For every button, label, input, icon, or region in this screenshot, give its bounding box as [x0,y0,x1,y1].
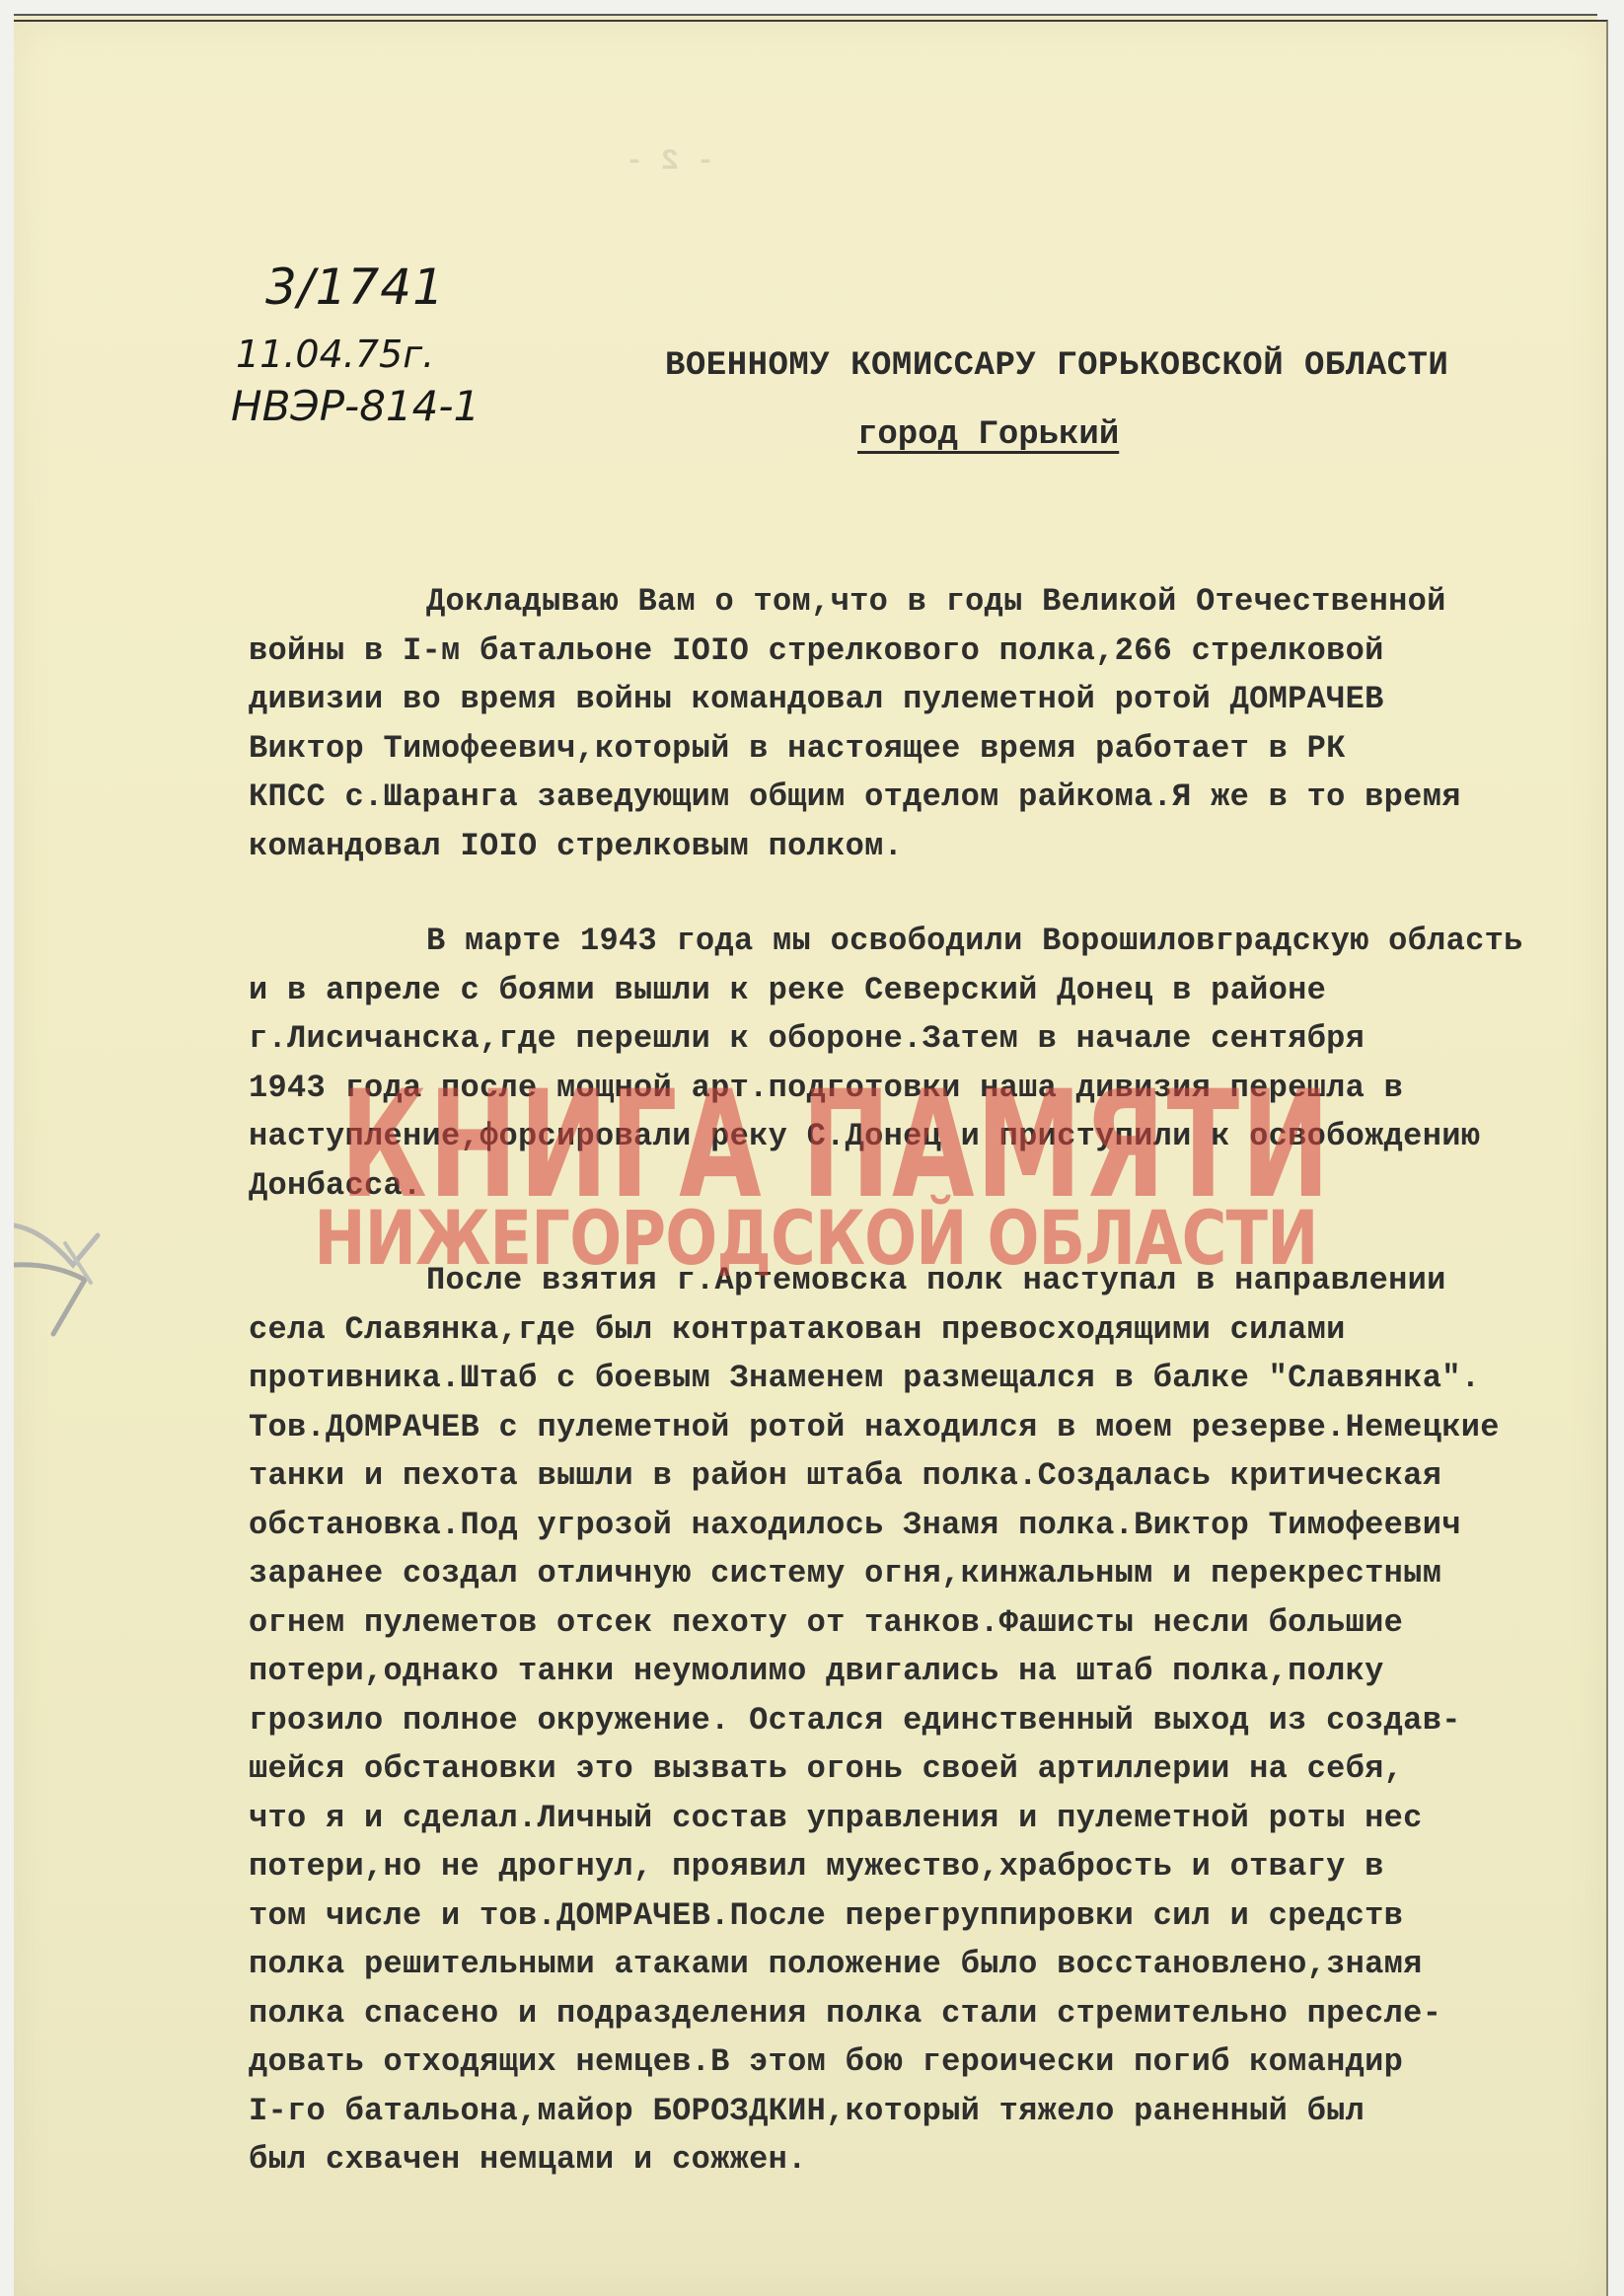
text-line: 1943 года после мощной арт.подготовки на… [249,1064,1610,1113]
text-line: полка спасено и подразделения полка стал… [249,1989,1610,2038]
text-line: г.Лисичанска,где перешли к обороне.Затем… [249,1014,1610,1064]
text-line: огнем пулеметов отсек пехоту от танков.Ф… [249,1598,1610,1648]
text-line: командовал IОIО стрелковым полком. [249,822,1610,871]
text-line: противника.Штаб с боевым Знаменем размещ… [249,1354,1610,1403]
text-line: Тов.ДОМРАЧЕВ с пулеметной ротой находилс… [249,1403,1610,1452]
text-line: I-го батальона,майор БОРОЗДКИН,который т… [249,2087,1610,2136]
text-line: и в апреле с боями вышли к реке Северски… [249,966,1610,1015]
handwritten-date: 11.04.75г. [236,333,434,376]
text-line: что я и сделал.Личный состав управления … [249,1794,1610,1843]
text-line: Виктор Тимофеевич,который в настоящее вр… [249,724,1610,774]
bleed-through-page-marker: - 2 - [626,145,714,179]
text-line: потери,однако танки неумолимо двигались … [249,1647,1610,1696]
text-line: заранее создал отличную систему огня,кин… [249,1549,1610,1598]
paragraph-1: Докладываю Вам о том,что в годы Великой … [249,577,1610,870]
document-page: - 2 - 3/1741 11.04.75г. НВЭР-814-1 ВОЕНН… [14,20,1608,2296]
text-line: грозило полное окружение. Остался единст… [249,1696,1610,1745]
text-line: села Славянка,где был контратакован прев… [249,1305,1610,1355]
text-line: был схвачен немцами и сожжен. [249,2135,1610,2185]
letter-body: Докладываю Вам о том,что в годы Великой … [249,577,1610,2231]
text-line: войны в I-м батальоне IОIО стрелкового п… [249,627,1610,676]
paragraph-2: В марте 1943 года мы освободили Ворошило… [249,917,1610,1210]
text-line: наступление,форсировали реку С.Донец и п… [249,1112,1610,1161]
text-line: В марте 1943 года мы освободили Ворошило… [249,917,1610,966]
text-line: том числе и тов.ДОМРАЧЕВ.После перегрупп… [249,1891,1610,1941]
text-line: довать отходящих немцев.В этом бою герои… [249,2037,1610,2087]
handwritten-reference-number: 3/1741 [265,259,445,316]
text-line: КПСС с.Шаранга заведующим общим отделом … [249,773,1610,822]
text-line: Донбасса. [249,1161,1610,1211]
binding-string-icon [14,1206,122,1344]
text-line: После взятия г.Артемовска полк наступал … [249,1256,1610,1305]
addressee-city: город Горький [857,416,1119,454]
text-line: Докладываю Вам о том,что в годы Великой … [249,577,1610,627]
addressee-heading: ВОЕННОМУ КОМИССАРУ ГОРЬКОВСКОЙ ОБЛАСТИ [665,347,1448,385]
text-line: обстановка.Под угрозой находилось Знамя … [249,1501,1610,1550]
text-line: шейся обстановки это вызвать огонь своей… [249,1744,1610,1794]
text-line: потери,но не дрогнул, проявил мужество,х… [249,1842,1610,1891]
text-line: дивизии во время войны командовал пулеме… [249,675,1610,724]
handwritten-archive-code: НВЭР-814-1 [231,382,480,430]
text-line: полка решительными атаками положение был… [249,1940,1610,1989]
text-line: танки и пехота вышли в район штаба полка… [249,1451,1610,1501]
paragraph-3: После взятия г.Артемовска полк наступал … [249,1256,1610,2185]
